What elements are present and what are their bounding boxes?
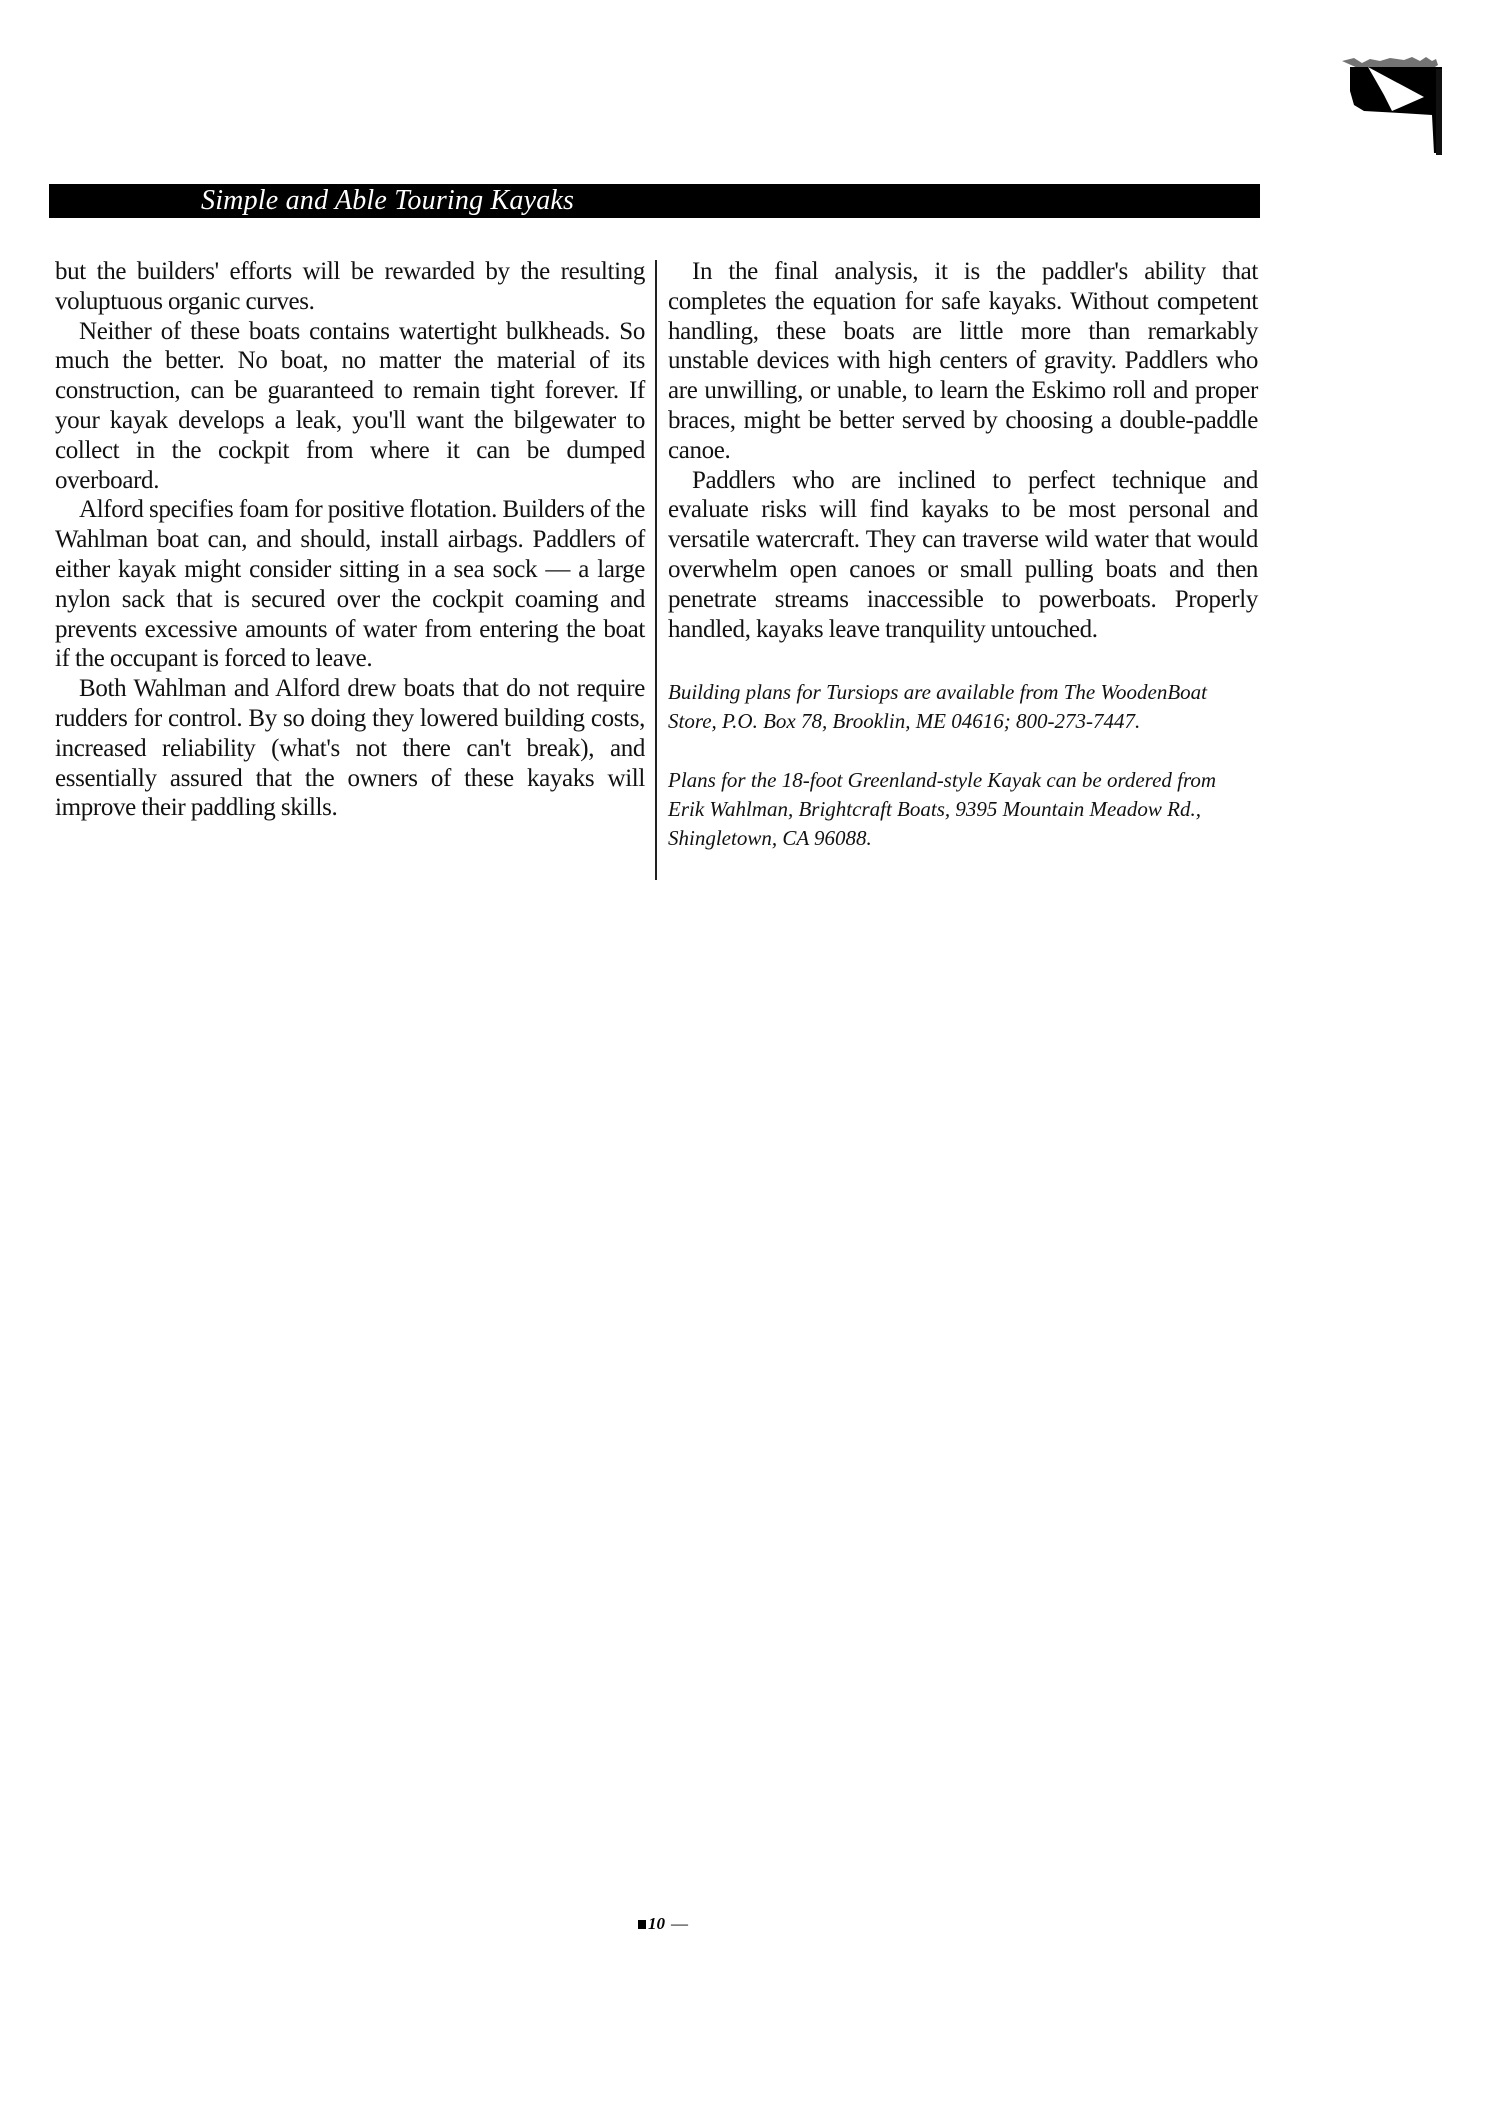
plans-note-greenland-kayak: Plans for the 18-foot Greenland-style Ka… — [668, 766, 1258, 853]
paragraph: Paddlers who are inclined to perfect tec… — [668, 466, 1258, 645]
footer-dash: — — [671, 1914, 688, 1933]
corner-mark-icon — [1340, 55, 1452, 157]
paragraph: Alford specifies foam for positive flota… — [55, 495, 645, 674]
plans-notes: Building plans for Tursiops are availabl… — [668, 678, 1258, 853]
paragraph: Both Wahlman and Alford drew boats that … — [55, 674, 645, 823]
right-text-column: In the final analysis, it is the paddler… — [668, 257, 1258, 883]
plans-note-tursiops: Building plans for Tursiops are availabl… — [668, 678, 1258, 736]
paragraph: but the builders' efforts will be reward… — [55, 257, 645, 317]
page-number: 10 — [648, 1914, 665, 1933]
square-bullet-icon — [638, 1920, 646, 1929]
left-text-column: but the builders' efforts will be reward… — [55, 257, 645, 823]
paragraph: In the final analysis, it is the paddler… — [668, 257, 1258, 466]
page-footer: 10— — [638, 1914, 688, 1934]
paragraph: Neither of these boats contains watertig… — [55, 317, 645, 496]
column-divider — [655, 260, 657, 880]
running-header-title: Simple and Able Touring Kayaks — [201, 184, 574, 218]
running-header-bar: Simple and Able Touring Kayaks — [49, 184, 1260, 218]
